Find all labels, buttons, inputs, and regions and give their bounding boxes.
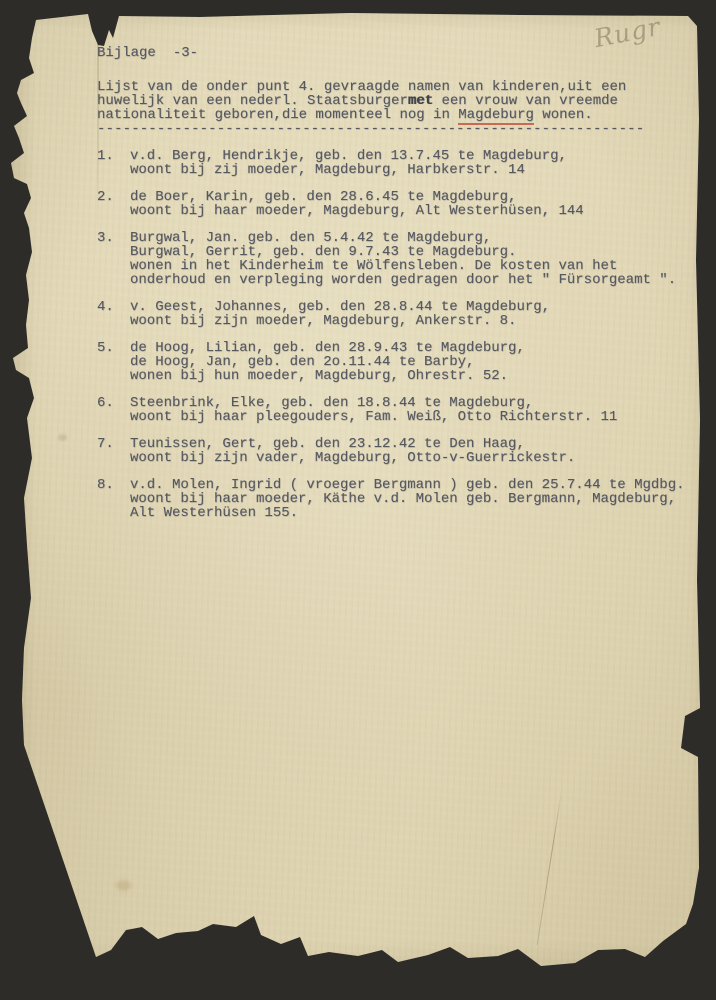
item-line: wonen in het Kinderheim te Wölfensleben.… <box>130 259 676 273</box>
page-label: Bijlage <box>97 45 156 61</box>
list-item: 5. de Hoog, Lilian, geb. den 28.9.43 te … <box>97 341 677 383</box>
item-line: woont bij zijn moeder, Magdeburg, Ankers… <box>130 314 550 328</box>
item-text: de Boer, Karin, geb. den 28.6.45 te Magd… <box>130 190 584 218</box>
item-line: woont bij haar pleegouders, Fam. Weiß, O… <box>130 410 617 424</box>
item-number: 2. <box>97 190 130 218</box>
item-line: Burgwal, Jan. geb. den 5.4.42 te Magdebu… <box>130 231 676 245</box>
item-text: de Hoog, Lilian, geb. den 28.9.43 te Mag… <box>130 341 525 383</box>
list-item: 4. v. Geest, Johannes, geb. den 28.8.44 … <box>97 300 677 328</box>
item-line: woont bij zij moeder, Magdeburg, Harbker… <box>130 163 567 177</box>
item-number: 1. <box>97 149 130 177</box>
item-line: Alt Westerhüsen 155. <box>130 506 685 520</box>
item-line: de Hoog, Jan, geb. den 2o.11.44 te Barby… <box>130 355 525 369</box>
paper-crack <box>537 789 563 945</box>
item-line: onderhoud en verpleging worden gedragen … <box>130 273 676 287</box>
list-item: 8. v.d. Molen, Ingrid ( vroeger Bergmann… <box>97 478 677 520</box>
item-line: Teunissen, Gert, geb. den 23.12.42 te De… <box>130 437 575 451</box>
item-number: 5. <box>97 341 130 383</box>
item-line: de Boer, Karin, geb. den 28.6.45 te Magd… <box>130 190 584 204</box>
document-page: Rugr Bijlage-3- Lijst van de onder punt … <box>0 0 716 1000</box>
item-number: 8. <box>97 478 130 520</box>
list-item: 7. Teunissen, Gert, geb. den 23.12.42 te… <box>97 437 677 465</box>
item-text: Teunissen, Gert, geb. den 23.12.42 te De… <box>130 437 575 465</box>
list-item: 1. v.d. Berg, Hendrikje, geb. den 13.7.4… <box>97 149 677 177</box>
item-text: Steenbrink, Elke, geb. den 18.8.44 te Ma… <box>130 396 617 424</box>
item-line: v. Geest, Johannes, geb. den 28.8.44 te … <box>130 300 550 314</box>
item-text: Burgwal, Jan. geb. den 5.4.42 te Magdebu… <box>130 231 676 287</box>
intro-line: Lijst van de onder punt 4. gevraagde nam… <box>97 80 677 94</box>
children-list: 1. v.d. Berg, Hendrikje, geb. den 13.7.4… <box>97 149 677 520</box>
item-number: 6. <box>97 396 130 424</box>
intro-paragraph: Lijst van de onder punt 4. gevraagde nam… <box>97 80 677 136</box>
item-line: v.d. Molen, Ingrid ( vroeger Bergmann ) … <box>130 478 685 492</box>
item-line: v.d. Berg, Hendrikje, geb. den 13.7.45 t… <box>130 149 567 163</box>
list-item: 2. de Boer, Karin, geb. den 28.6.45 te M… <box>97 190 677 218</box>
paper-stain <box>58 434 67 441</box>
list-item: 6. Steenbrink, Elke, geb. den 18.8.44 te… <box>97 396 677 424</box>
item-number: 7. <box>97 437 130 465</box>
page-number: -3- <box>173 45 198 61</box>
item-line: Burgwal, Gerrit, geb. den 9.7.43 te Magd… <box>130 245 676 259</box>
scan-background: Rugr Bijlage-3- Lijst van de onder punt … <box>0 0 716 1000</box>
paper-stain <box>116 880 131 891</box>
list-item: 3. Burgwal, Jan. geb. den 5.4.42 te Magd… <box>97 231 677 287</box>
separator-line: ----------------------------------------… <box>97 122 677 136</box>
item-text: v.d. Molen, Ingrid ( vroeger Bergmann ) … <box>130 478 685 520</box>
item-text: v. Geest, Johannes, geb. den 28.8.44 te … <box>130 300 550 328</box>
item-line: woont bij haar moeder, Magdeburg, Alt We… <box>130 204 584 218</box>
item-line: Steenbrink, Elke, geb. den 18.8.44 te Ma… <box>130 396 617 410</box>
item-line: de Hoog, Lilian, geb. den 28.9.43 te Mag… <box>130 341 525 355</box>
item-text: v.d. Berg, Hendrikje, geb. den 13.7.45 t… <box>130 149 567 177</box>
item-number: 3. <box>97 231 130 287</box>
item-line: wonen bij hun moeder, Magdeburg, Ohrestr… <box>130 369 525 383</box>
intro-line: nationaliteit geboren,die momenteel nog … <box>97 108 677 122</box>
intro-line: huwelijk van een nederl. Staatsburgermet… <box>97 94 677 108</box>
page-heading: Bijlage-3- <box>97 46 677 60</box>
item-line: woont bij zijn vader, Magdeburg, Otto-v-… <box>130 451 575 465</box>
item-number: 4. <box>97 300 130 328</box>
document-content: Bijlage-3- Lijst van de onder punt 4. ge… <box>97 46 677 520</box>
item-line: woont bij haar moeder, Käthe v.d. Molen … <box>130 492 685 506</box>
